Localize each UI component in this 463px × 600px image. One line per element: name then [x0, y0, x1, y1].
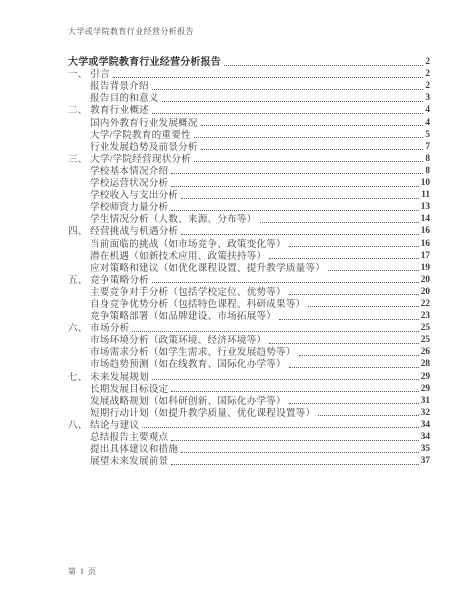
toc-entry-page-number: 25: [421, 335, 430, 346]
toc-entry: 市场需求分析（如学生需求、行业发展趋势等） 26: [68, 346, 430, 358]
toc-entry-title: 主要竞争对手分析（包括学校定位、优势等）: [90, 287, 286, 298]
toc-dot-leader: [171, 173, 423, 174]
toc-entry-page-number: 37: [421, 456, 430, 467]
toc-entry: 大学或学院教育行业经营分析报告 2: [68, 56, 430, 68]
toc-dot-leader: [318, 415, 418, 416]
toc-dot-leader: [224, 65, 423, 66]
toc-entry: 四、 经营挑战与机遇分析 16: [68, 225, 430, 237]
toc-entry-page-number: 11: [421, 190, 430, 201]
toc-entry: 学校运营状况分析 10: [68, 177, 430, 189]
toc-dot-leader: [171, 186, 418, 187]
toc-dot-leader: [152, 89, 424, 90]
toc-dot-leader: [152, 113, 423, 114]
toc-entry-title: 三、 大学/学院经营现状分析: [68, 154, 191, 165]
toc-dot-leader: [171, 210, 418, 211]
toc-dot-leader: [194, 161, 423, 162]
toc-entry-page-number: 14: [421, 214, 430, 225]
toc-entry-page-number: 2: [425, 81, 430, 92]
toc-dot-leader: [328, 270, 419, 271]
toc-entry: 竞争策略部署（如品牌建设、市场拓展等） 23: [68, 310, 430, 322]
toc-dot-leader: [299, 355, 419, 356]
toc-entry-title: 当前面临的挑战（如市场竞争、政策变化等）: [90, 239, 286, 250]
toc-entry-page-number: 16: [421, 239, 430, 250]
toc-dot-leader: [171, 440, 418, 441]
toc-entry-page-number: 2: [425, 69, 430, 80]
toc-entry: 总结报告主要观点 34: [68, 431, 430, 443]
toc-entry-title: 学校运营状况分析: [90, 178, 168, 189]
toc-entry-page-number: 29: [421, 372, 430, 383]
toc-entry: 国内外教育行业发展概况 4: [68, 116, 430, 128]
toc-entry: 当前面临的挑战（如市场竞争、政策变化等） 16: [68, 237, 430, 249]
toc-entry-title: 提出具体建议和措施: [90, 444, 178, 455]
toc-entry-page-number: 3: [425, 93, 430, 104]
toc-entry: 学校收入与支出分析 11: [68, 189, 430, 201]
toc-entry-title: 学生情况分析（人数、来源、分布等）: [90, 214, 257, 225]
toc-entry: 六、 市场分析 25: [68, 322, 430, 334]
toc-entry-page-number: 23: [421, 311, 430, 322]
toc-dot-leader: [162, 101, 424, 102]
toc-dot-leader: [113, 77, 424, 78]
toc-entry-title: 竞争策略部署（如品牌建设、市场拓展等）: [90, 311, 276, 322]
toc-dot-leader: [289, 294, 419, 295]
document-header-title: 大学或学院教育行业经营分析报告: [68, 26, 194, 37]
toc-dot-leader: [132, 331, 418, 332]
toc-dot-leader: [181, 452, 419, 453]
toc-dot-leader: [289, 246, 419, 247]
toc-entry-page-number: 25: [421, 323, 430, 334]
toc-entry-title: 四、 经营挑战与机遇分析: [68, 226, 178, 237]
toc-entry-title: 发展战略规划（如科研创新、国际化办学等）: [90, 396, 286, 407]
toc-entry-page-number: 5: [425, 130, 430, 141]
toc-dot-leader: [260, 222, 419, 223]
toc-dot-leader: [152, 282, 419, 283]
toc-entry-page-number: 29: [421, 384, 430, 395]
toc-entry: 短期行动计划（如提升教学质量、优化课程设置等） 32: [68, 407, 430, 419]
toc-entry-page-number: 8: [425, 154, 430, 165]
toc-entry: 展望未来发展前景 37: [68, 455, 430, 467]
toc-entry: 学校基本情况介绍 8: [68, 165, 430, 177]
toc-entry-title: 八、 结论与建议: [68, 420, 139, 431]
toc-dot-leader: [308, 306, 418, 307]
toc-entry-page-number: 31: [421, 396, 430, 407]
toc-entry: 应对策略和建议（如优化课程设置、提升教学质量等） 19: [68, 262, 430, 274]
toc-entry-title: 市场环境分析（政策环境、经济环境等）: [90, 335, 266, 346]
toc-entry-title: 报告目的和意义: [90, 93, 159, 104]
toc-entry-title: 学校师资力量分析: [90, 202, 168, 213]
toc-entry: 潜在机遇（如新技术应用、政策扶持等） 17: [68, 250, 430, 262]
toc-entry: 学校师资力量分析 13: [68, 201, 430, 213]
toc-dot-leader: [194, 137, 424, 138]
toc-dot-leader: [142, 427, 419, 428]
toc-entry-title: 大学或学院教育行业经营分析报告: [68, 57, 221, 68]
toc-entry: 一、 引言 2: [68, 68, 430, 80]
toc-entry: 主要竞争对手分析（包括学校定位、优势等） 20: [68, 286, 430, 298]
toc-dot-leader: [171, 464, 418, 465]
toc-entry-page-number: 19: [421, 263, 430, 274]
toc-entry-page-number: 34: [421, 420, 430, 431]
toc-entry: 行业发展趋势及前景分析 7: [68, 141, 430, 153]
toc-entry: 发展战略规划（如科研创新、国际化办学等） 31: [68, 395, 430, 407]
toc-entry: 学生情况分析（人数、来源、分布等） 14: [68, 213, 430, 225]
toc-entry-title: 六、 市场分析: [68, 323, 129, 334]
page-number-footer: 第 1 页: [68, 566, 97, 577]
toc-entry-title: 总结报告主要观点: [90, 432, 168, 443]
toc-entry-page-number: 7: [425, 142, 430, 153]
toc-entry-title: 市场需求分析（如学生需求、行业发展趋势等）: [90, 347, 296, 358]
toc-entry: 长期发展目标设定 29: [68, 383, 430, 395]
toc-entry: 市场趋势预测（如在线教育、国际化办学等） 28: [68, 358, 430, 370]
toc-dot-leader: [269, 343, 418, 344]
toc-entry-title: 报告背景介绍: [90, 81, 149, 92]
toc-entry-page-number: 35: [421, 444, 430, 455]
toc-entry-page-number: 22: [421, 299, 430, 310]
toc-entry: 自身竞争优势分析（包括特色课程、科研成果等） 22: [68, 298, 430, 310]
toc-entry-page-number: 28: [421, 359, 430, 370]
toc-entry-title: 学校收入与支出分析: [90, 190, 178, 201]
toc-dot-leader: [269, 258, 418, 259]
toc-entry-title: 国内外教育行业发展概况: [90, 118, 198, 129]
toc-dot-leader: [152, 379, 419, 380]
toc-entry-page-number: 17: [421, 251, 430, 262]
toc-entry-page-number: 2: [425, 57, 430, 68]
toc-entry: 提出具体建议和措施 35: [68, 443, 430, 455]
toc-entry-title: 七、 未来发展规划: [68, 372, 149, 383]
toc-entry: 八、 结论与建议 34: [68, 419, 430, 431]
toc-entry-title: 五、 竞争策略分析: [68, 275, 149, 286]
toc-entry-page-number: 4: [425, 118, 430, 129]
toc-entry-page-number: 34: [421, 432, 430, 443]
toc-dot-leader: [171, 391, 418, 392]
table-of-contents: 大学或学院教育行业经营分析报告 2 一、 引言 2 报告背景介绍 2 报告目的和…: [68, 56, 430, 467]
toc-entry-page-number: 10: [421, 178, 430, 189]
toc-entry-page-number: 20: [421, 275, 430, 286]
toc-entry-page-number: 8: [425, 166, 430, 177]
toc-entry-page-number: 4: [425, 105, 430, 116]
toc-entry-title: 学校基本情况介绍: [90, 166, 168, 177]
toc-entry: 五、 竞争策略分析 20: [68, 274, 430, 286]
toc-entry-title: 潜在机遇（如新技术应用、政策扶持等）: [90, 251, 266, 262]
toc-entry: 报告背景介绍 2: [68, 80, 430, 92]
toc-entry-title: 市场趋势预测（如在线教育、国际化办学等）: [90, 359, 286, 370]
toc-entry-title: 行业发展趋势及前景分析: [90, 142, 198, 153]
toc-entry-page-number: 26: [421, 347, 430, 358]
toc-entry-title: 二、 教育行业概述: [68, 105, 149, 116]
toc-entry: 报告目的和意义 3: [68, 92, 430, 104]
toc-entry: 大学/学院教育的重要性 5: [68, 129, 430, 141]
toc-entry-title: 自身竞争优势分析（包括特色课程、科研成果等）: [90, 299, 305, 310]
toc-entry: 七、 未来发展规划 29: [68, 370, 430, 382]
toc-dot-leader: [279, 319, 419, 320]
toc-entry-title: 应对策略和建议（如优化课程设置、提升教学质量等）: [90, 263, 325, 274]
toc-dot-leader: [289, 367, 419, 368]
toc-entry-page-number: 13: [421, 202, 430, 213]
toc-entry: 市场环境分析（政策环境、经济环境等） 25: [68, 334, 430, 346]
toc-dot-leader: [201, 125, 424, 126]
toc-dot-leader: [181, 234, 418, 235]
toc-dot-leader: [181, 198, 419, 199]
toc-dot-leader: [201, 149, 424, 150]
toc-entry-title: 展望未来发展前景: [90, 456, 168, 467]
toc-entry-title: 大学/学院教育的重要性: [90, 130, 191, 141]
document-page: 大学或学院教育行业经营分析报告 大学或学院教育行业经营分析报告 2 一、 引言 …: [0, 0, 463, 600]
toc-entry: 三、 大学/学院经营现状分析 8: [68, 153, 430, 165]
toc-entry-page-number: 20: [421, 287, 430, 298]
toc-entry-title: 长期发展目标设定: [90, 384, 168, 395]
toc-entry-title: 短期行动计划（如提升教学质量、优化课程设置等）: [90, 408, 315, 419]
toc-entry-page-number: 32: [421, 408, 430, 419]
toc-entry-page-number: 16: [421, 226, 430, 237]
toc-entry: 二、 教育行业概述 4: [68, 104, 430, 116]
toc-dot-leader: [289, 403, 419, 404]
toc-entry-title: 一、 引言: [68, 69, 110, 80]
